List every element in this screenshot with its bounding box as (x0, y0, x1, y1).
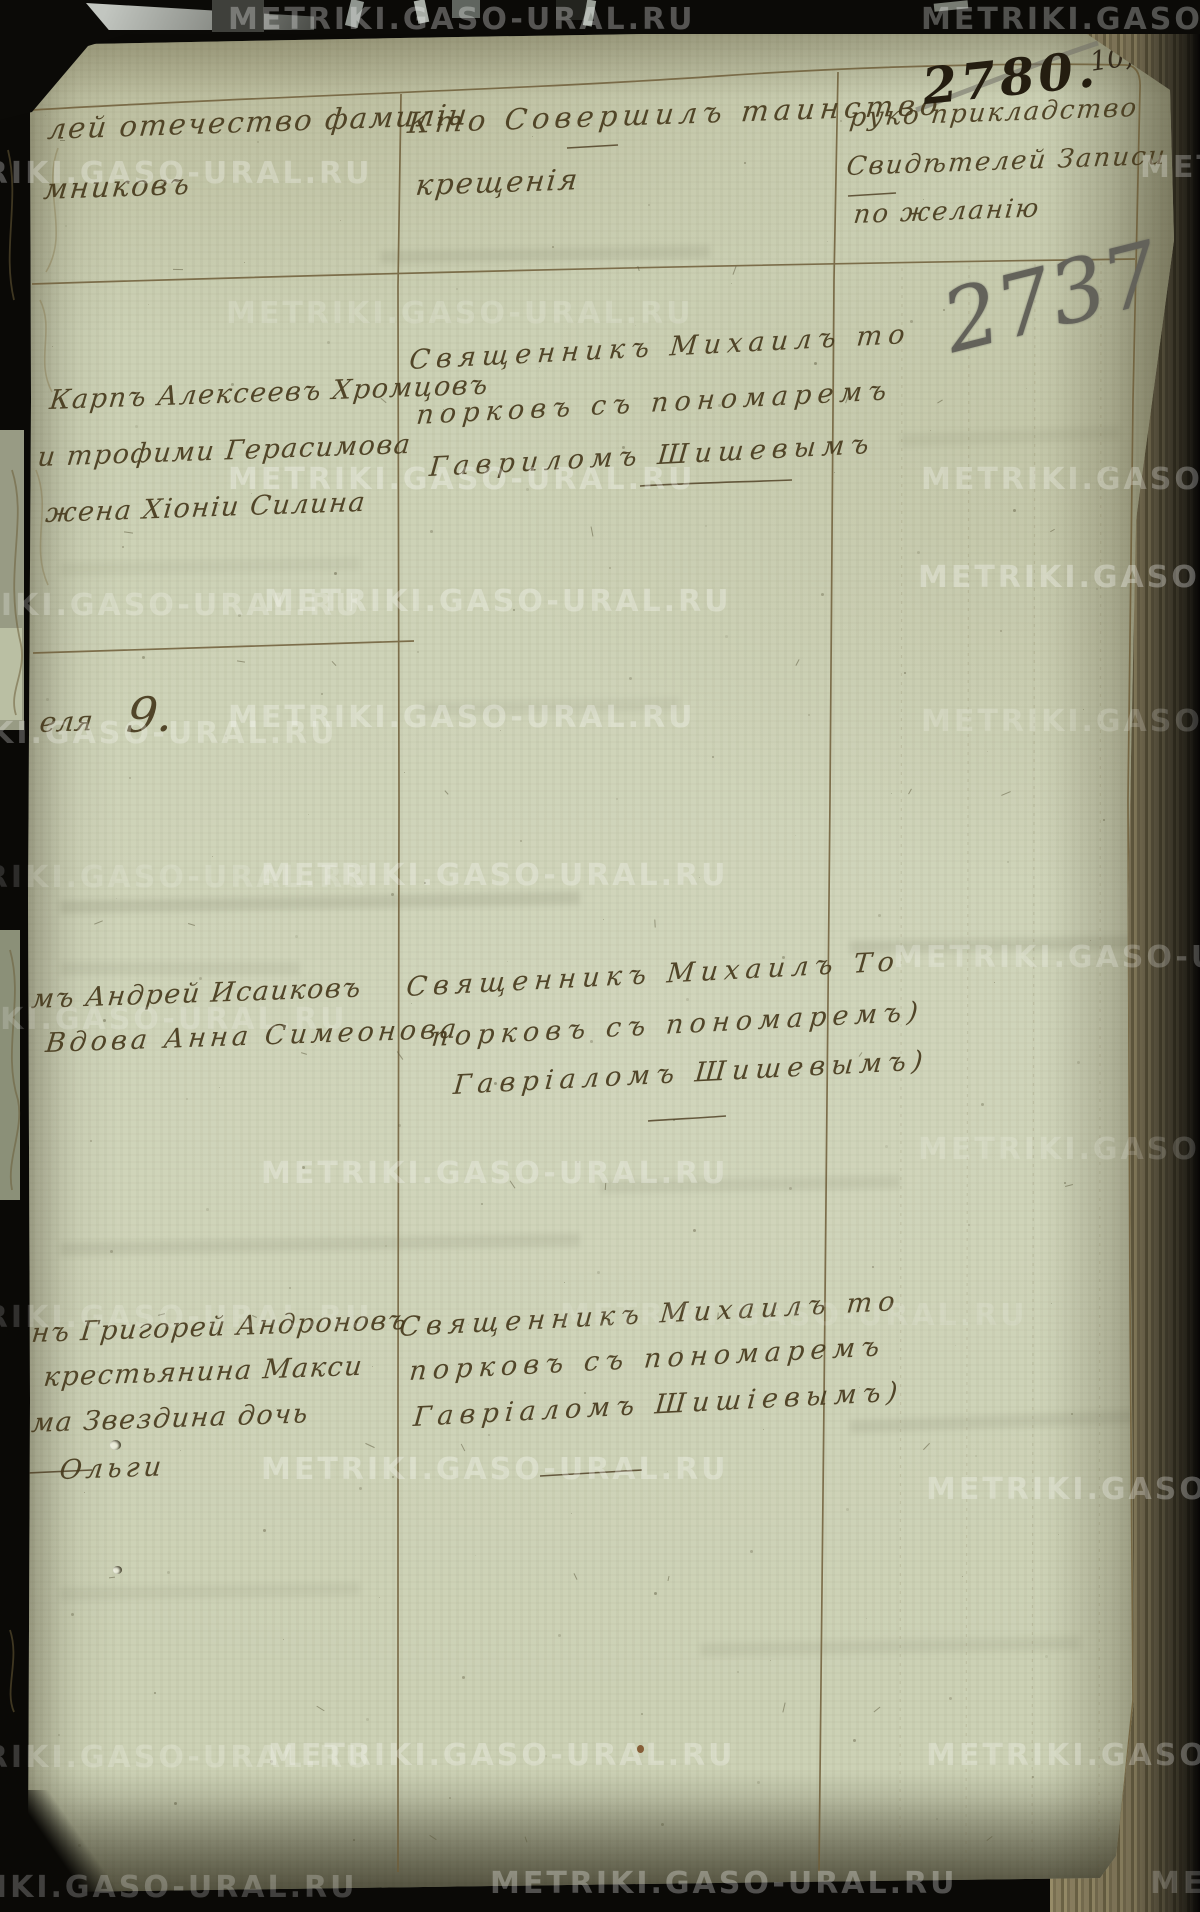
bottom-corner-shadow (0, 1790, 130, 1912)
left-margin-fragments (0, 0, 1200, 1912)
archival-scan-page: лей отечество фамиліи мниковъ Кто Соверш… (0, 0, 1200, 1912)
